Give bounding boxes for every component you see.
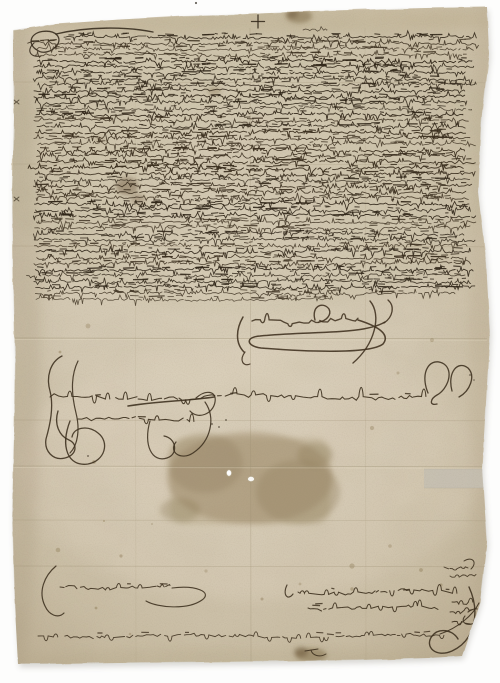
manuscript-canvas [0,0,500,683]
grain [10,5,492,667]
manuscript-paper [0,0,500,672]
manuscript-photograph [0,0,500,683]
paper-grain [10,5,492,667]
dust-speck [195,2,197,4]
